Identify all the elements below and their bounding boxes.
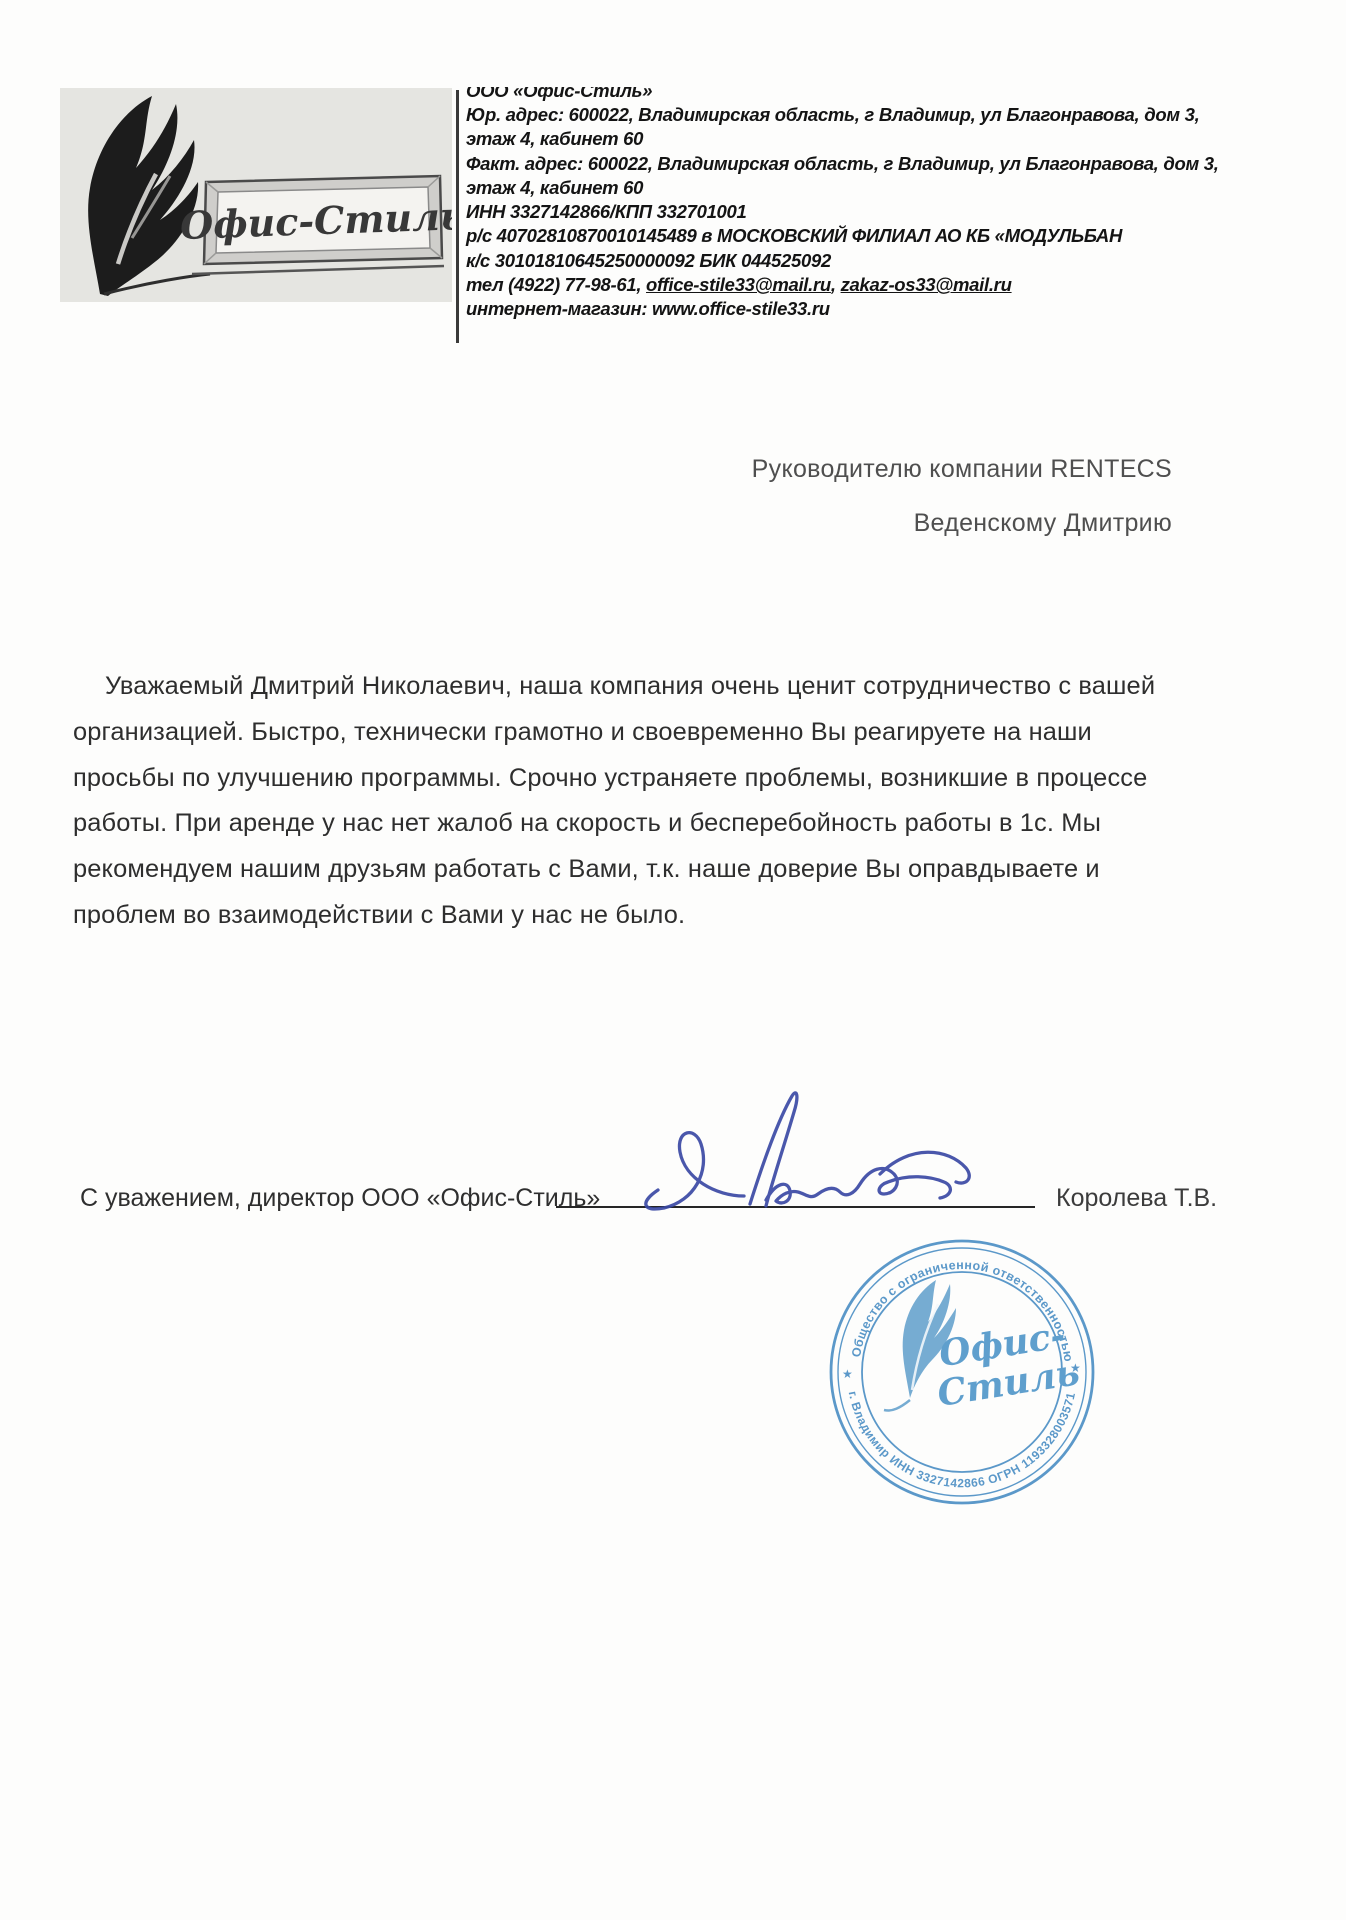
letterhead-divider [456, 90, 459, 343]
company-logo: Офис-Стиль [60, 88, 452, 302]
company-seal-stamp: Общество с ограниченной ответственностью… [792, 1202, 1132, 1547]
email-link-1: office-stile33@mail.ru [646, 274, 831, 295]
scanned-letter-page: Офис-Стиль ООО «Офис-Стиль» Юр. адрес: 6… [0, 0, 1346, 1920]
letterhead-company-name: ООО «Офис-Стиль» [466, 87, 1226, 103]
recipient-title: Руководителю компании RENTECS [752, 455, 1172, 484]
letterhead-inn-kpp: ИНН 3327142866/КПП 332701001 [466, 200, 1226, 224]
letterhead-web-shop: интернет-магазин: www.office-stile33.ru [466, 297, 1226, 321]
letterhead-contacts: тел (4922) 77-98-61, office-stile33@mail… [466, 273, 1226, 297]
letterhead-phone: тел (4922) 77-98-61, [466, 274, 646, 295]
letterhead-legal-address-2: этаж 4, кабинет 60 [466, 127, 1226, 151]
logo-wordmark: Офис-Стиль [179, 193, 452, 248]
email-link-2: zakaz-os33@mail.ru [841, 274, 1012, 295]
stamp-star-left: ★ [842, 1367, 853, 1381]
letterhead-corr-account: к/с 30101810645250000092 БИК 044525092 [466, 249, 1226, 273]
letterhead-block: ООО «Офис-Стиль» Юр. адрес: 600022, Влад… [466, 87, 1226, 322]
stamp-image: Общество с ограниченной ответственностью… [792, 1202, 1132, 1542]
closing-phrase: С уважением, директор ООО «Офис-Стиль» [80, 1184, 600, 1213]
letterhead-actual-address: Факт. адрес: 600022, Владимирская област… [466, 152, 1226, 176]
letter-body-paragraph: Уважаемый Дмитрий Николаевич, наша компа… [73, 664, 1168, 939]
letterhead-actual-address-2: этаж 4, кабинет 60 [466, 176, 1226, 200]
signature-ink-strokes [630, 1082, 1030, 1222]
letterhead-legal-address: Юр. адрес: 600022, Владимирская область,… [466, 103, 1226, 127]
letterhead-bank-account: р/с 40702810870010145489 в МОСКОВСКИЙ ФИ… [466, 224, 1226, 248]
email-separator: , [831, 274, 841, 295]
office-style-logo-image: Офис-Стиль [60, 88, 452, 302]
recipient-name: Веденскому Дмитрию [914, 509, 1172, 538]
